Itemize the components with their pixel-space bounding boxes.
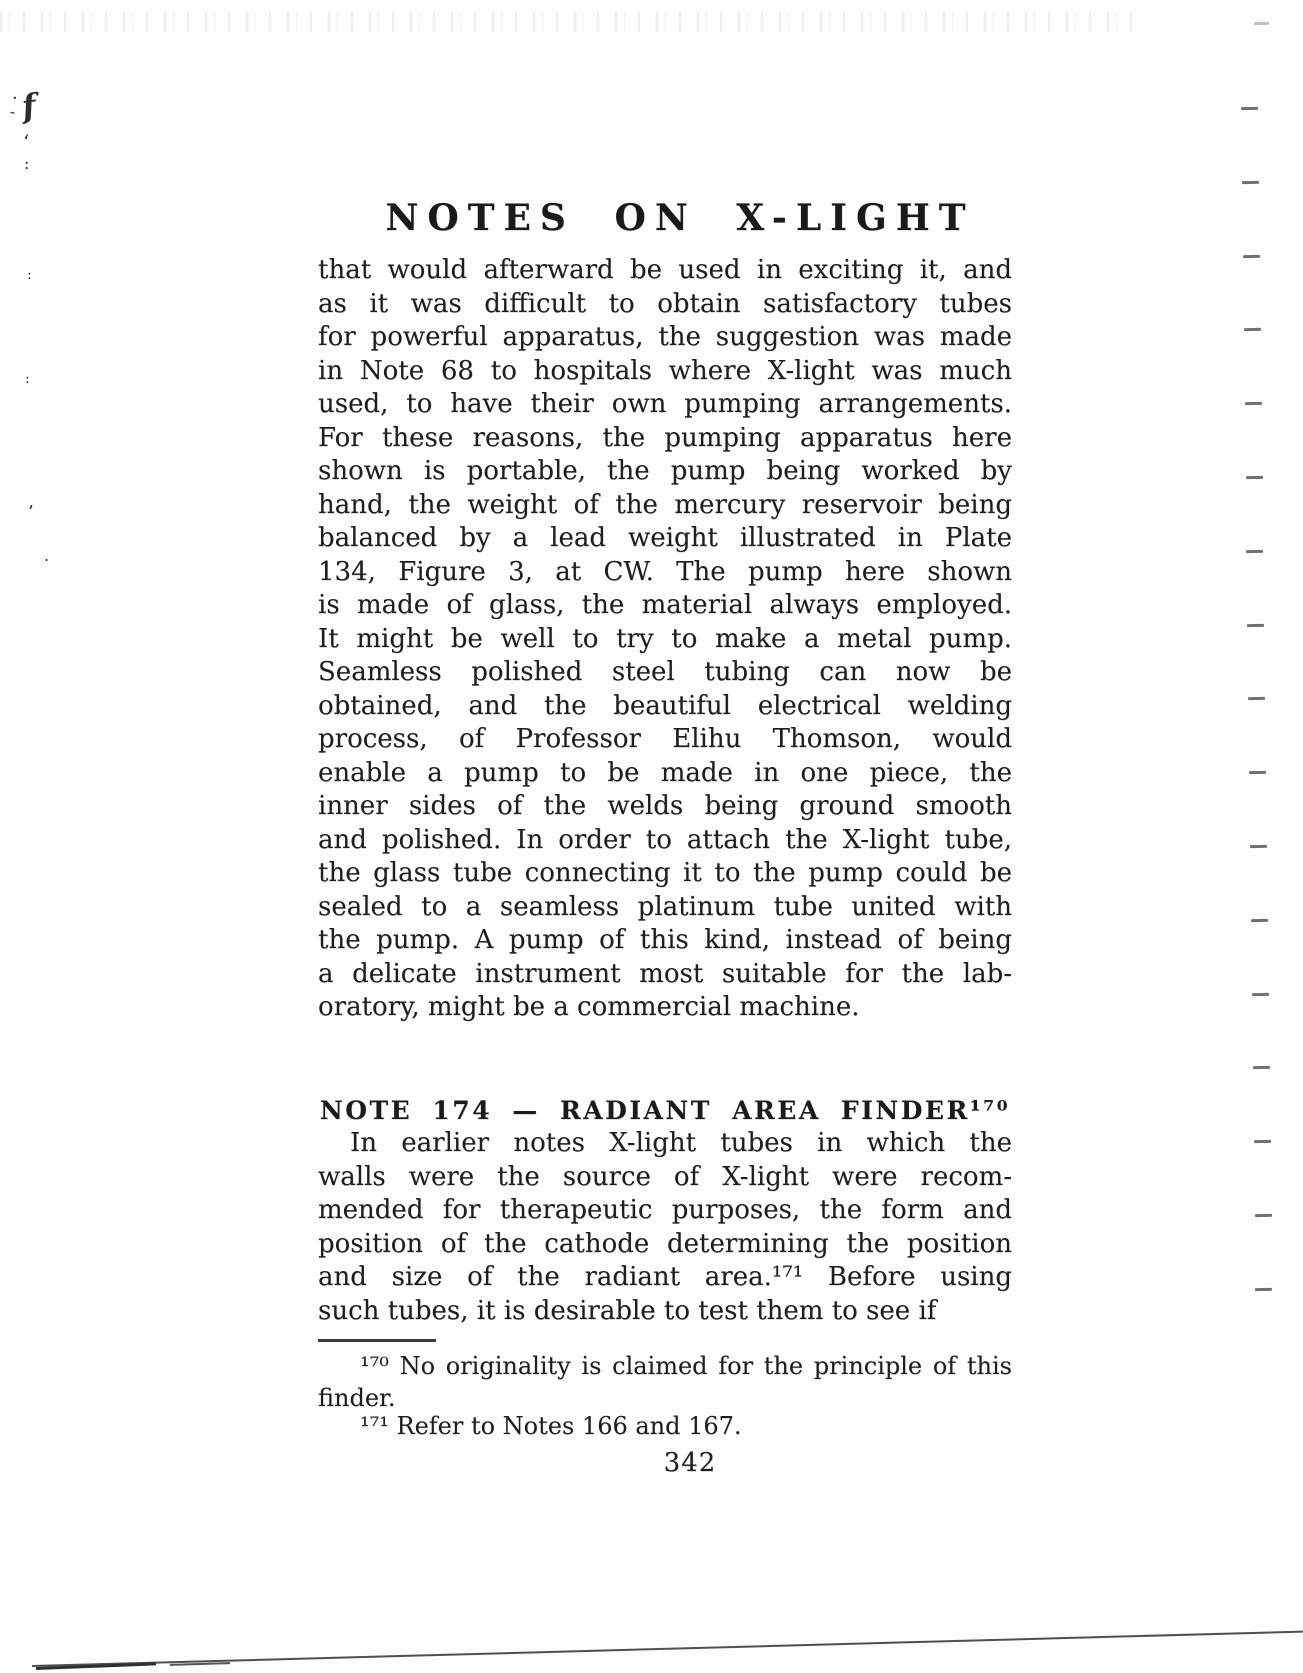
margin-dash-artifact	[1247, 623, 1264, 626]
text-line: mended for therapeutic purposes, the for…	[318, 1194, 1012, 1228]
margin-dash-artifact	[1250, 845, 1267, 848]
text-line: enable a pump to be made in one piece, t…	[318, 757, 1012, 791]
text-line: position of the cathode determining the …	[318, 1228, 1012, 1262]
left-margin-ink-mark: :	[24, 156, 29, 172]
left-margin-ink-mark: .	[44, 548, 49, 564]
left-margin-ink-mark: :	[25, 372, 30, 386]
page-edge-line-fragment	[170, 1662, 230, 1666]
footnote-171: ¹⁷¹ Refer to Notes 166 and 167.	[318, 1410, 1012, 1442]
text-line: that would afterward be used in exciting…	[318, 254, 1012, 288]
text-line: a delicate instrument most suitable for …	[318, 958, 1012, 992]
text-line: balanced by a lead weight illustrated in…	[318, 522, 1012, 556]
left-margin-ink-mark: :	[27, 268, 32, 282]
margin-dash-artifact	[1242, 181, 1259, 184]
text-line: in Note 68 to hospitals where X-light wa…	[318, 355, 1012, 389]
body-paragraph-1: that would afterward be used in exciting…	[318, 254, 1012, 1025]
text-line: is made of glass, the material always em…	[318, 589, 1012, 623]
margin-dash-artifact	[1248, 697, 1265, 700]
margin-dash-artifact	[1252, 992, 1269, 995]
text-line: shown is portable, the pump being worked…	[318, 455, 1012, 489]
scanned-book-page: NOTES ON X-LIGHT that would afterward be…	[0, 0, 1303, 1673]
text-line: inner sides of the welds being ground sm…	[318, 790, 1012, 824]
left-margin-ink-mark: ‘	[23, 132, 29, 152]
text-line: for powerful apparatus, the suggestion w…	[318, 321, 1012, 355]
text-line: 134, Figure 3, at CW. The pump here show…	[318, 556, 1012, 590]
text-line: and size of the radiant area.¹⁷¹ Before …	[318, 1261, 1012, 1295]
text-line: Seamless polished steel tubing can now b…	[318, 656, 1012, 690]
page-number: 342	[320, 1448, 1060, 1478]
left-margin-ink-mark: ’	[28, 504, 34, 522]
text-line: the pump. A pump of this kind, instead o…	[318, 924, 1012, 958]
left-margin-ink-mark: f	[20, 89, 38, 123]
margin-dash-artifact	[1253, 1066, 1270, 1069]
margin-dash-artifact	[1254, 1140, 1271, 1143]
footnote-line: ¹⁷¹ Refer to Notes 166 and 167.	[318, 1410, 1012, 1442]
left-margin-ink-mark: -	[8, 104, 17, 121]
text-line: It might be well to try to make a metal …	[318, 623, 1012, 657]
footnote-line: ¹⁷⁰ No originality is claimed for the pr…	[318, 1350, 1012, 1382]
text-line: used, to have their own pumping arrangem…	[318, 388, 1012, 422]
footnote-rule	[318, 1339, 436, 1342]
margin-dash-artifact	[1254, 1214, 1271, 1217]
text-line: walls were the source of X-light were re…	[318, 1161, 1012, 1195]
text-line: obtained, and the beautiful electrical w…	[318, 690, 1012, 724]
margin-dash-artifact	[1254, 22, 1269, 25]
text-line: and polished. In order to attach the X-l…	[318, 824, 1012, 858]
scan-noise-artifact	[0, 12, 1140, 32]
text-line: the glass tube connecting it to the pump…	[318, 857, 1012, 891]
text-line: hand, the weight of the mercury reservoi…	[318, 489, 1012, 523]
body-paragraph-2: In earlier notes X-light tubes in which …	[318, 1127, 1012, 1328]
text-line: process, of Professor Elihu Thomson, wou…	[318, 723, 1012, 757]
text-line: In earlier notes X-light tubes in which …	[318, 1127, 1012, 1161]
margin-dash-artifact	[1249, 771, 1266, 774]
margin-dash-artifact	[1251, 919, 1268, 922]
note-heading: NOTE 174 — RADIANT AREA FINDER¹⁷⁰	[318, 1096, 1012, 1126]
running-head: NOTES ON X-LIGHT	[310, 196, 1050, 240]
margin-dash-artifact	[1246, 550, 1263, 553]
margin-dash-artifact	[1255, 1288, 1272, 1291]
margin-dash-artifact	[1245, 402, 1262, 405]
text-line: such tubes, it is desirable to test them…	[318, 1295, 1012, 1329]
text-line: sealed to a seamless platinum tube unite…	[318, 891, 1012, 925]
footnote-170: ¹⁷⁰ No originality is claimed for the pr…	[318, 1350, 1012, 1414]
text-line: oratory, might be a commercial machine.	[318, 991, 1012, 1025]
text-line: For these reasons, the pumping apparatus…	[318, 422, 1012, 456]
text-line: as it was difficult to obtain satisfacto…	[318, 288, 1012, 322]
margin-dash-artifact	[1243, 254, 1260, 257]
margin-dash-artifact	[1241, 107, 1258, 110]
margin-dash-artifact	[1245, 476, 1262, 479]
margin-dash-artifact	[1244, 328, 1261, 331]
